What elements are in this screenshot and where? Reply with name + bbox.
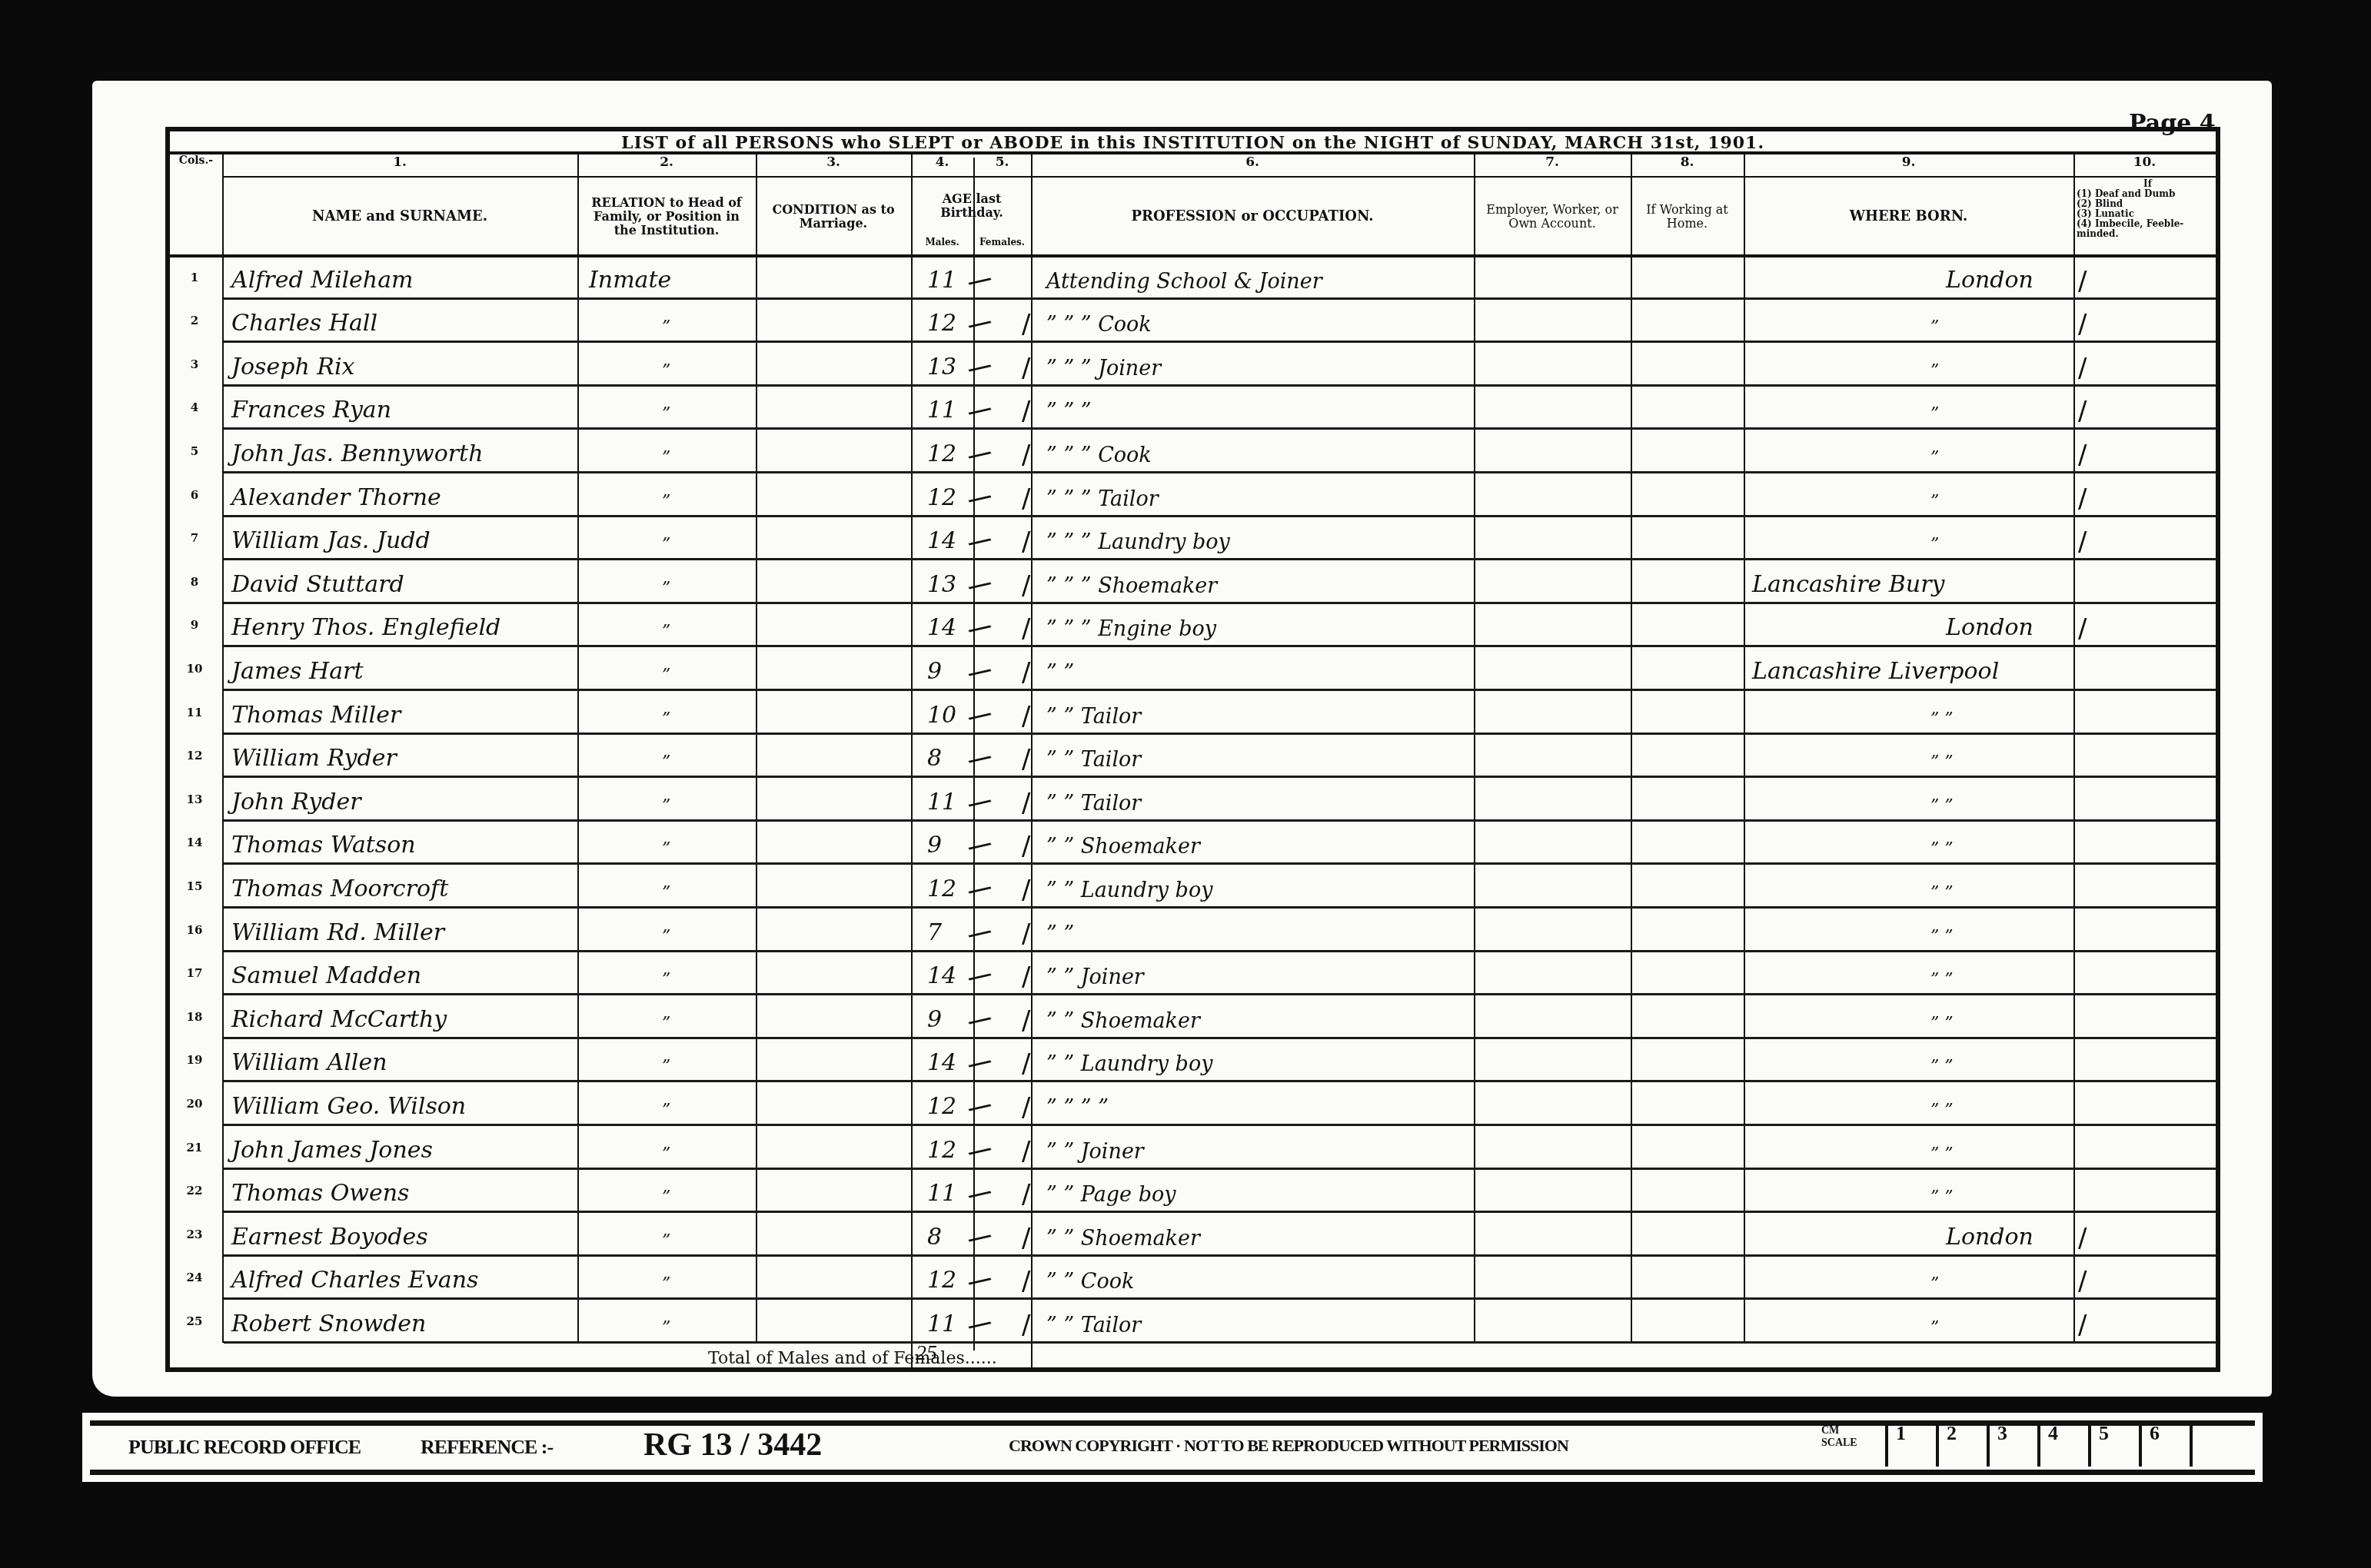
occupation-cell: ” ” Joiner <box>1046 965 1144 989</box>
relation-cell: ” <box>662 404 670 424</box>
occupation-cell: ” ” ” Laundry boy <box>1046 530 1230 554</box>
age-males-cell: 10 <box>927 702 956 729</box>
females-stroke-icon: / <box>965 270 996 293</box>
scale-box-end <box>2190 1422 2237 1467</box>
row-number: 25 <box>170 1314 219 1328</box>
age-males-cell: 12 <box>927 440 956 467</box>
col-number-9: 9. <box>1744 154 2073 176</box>
where-born-cell: ” ” <box>1930 1188 1954 1207</box>
table-row: 14Thomas Watson”9//” ” Shoemaker” ” <box>170 822 2216 865</box>
col-number-8: 8. <box>1631 154 1744 176</box>
age-males-cell: 12 <box>927 310 956 337</box>
person-name: Thomas Owens <box>231 1180 409 1207</box>
row-number: 7 <box>170 531 219 545</box>
scale-box: 4 <box>2037 1422 2085 1467</box>
person-name: Alfred Charles Evans <box>231 1267 478 1294</box>
occupation-cell: ” ” ” Cook <box>1046 443 1152 467</box>
person-name: John Ryder <box>231 789 361 816</box>
age-males-cell: 13 <box>927 354 956 380</box>
header-relation: RELATION to Head of Family, or Position … <box>581 179 752 254</box>
table-row: 4Frances Ryan”11//” ” ””/ <box>170 387 2216 430</box>
table-row: 12William Ryder”8//” ” Tailor” ” <box>170 735 2216 779</box>
relation-cell: ” <box>662 970 670 989</box>
schedule-mark-icon: / <box>1022 831 1030 862</box>
where-born-cell: ” <box>1930 404 1939 424</box>
schedule-mark-icon: / <box>1022 527 1030 557</box>
table-row: 6Alexander Thorne”12//” ” ” Tailor”/ <box>170 473 2216 517</box>
scale-label-scale: SCALE <box>1821 1437 1857 1450</box>
table-row: 17Samuel Madden”14//” ” Joiner” ” <box>170 952 2216 996</box>
person-name: Thomas Watson <box>231 832 416 859</box>
relation-cell: Inmate <box>589 267 671 294</box>
where-born-cell: ” ” <box>1930 1014 1954 1033</box>
females-stroke-icon: / <box>965 574 996 597</box>
person-name: William Allen <box>231 1049 387 1076</box>
row-rule <box>224 1341 2216 1344</box>
schedule-mark-icon: / <box>1022 353 1030 384</box>
age-males-cell: 8 <box>927 1224 942 1251</box>
person-name: John James Jones <box>231 1137 433 1164</box>
census-schedule-table: LIST of all PERSONS who SLEPT or ABODE i… <box>165 127 2220 1372</box>
age-males-cell: 13 <box>927 571 956 598</box>
where-born-cell: ” ” <box>1930 883 1954 902</box>
row-number: 18 <box>170 1010 219 1024</box>
relation-cell: ” <box>662 448 670 467</box>
row-number: 19 <box>170 1053 219 1067</box>
table-row: 16William Rd. Miller”7//” ”” ” <box>170 909 2216 952</box>
infirmity-check-icon: / <box>2078 309 2087 340</box>
person-name: Charles Hall <box>231 310 377 337</box>
person-name: Thomas Moorcroft <box>231 875 448 902</box>
age-males-cell: 9 <box>927 658 942 685</box>
age-males-cell: 7 <box>927 919 942 946</box>
females-stroke-icon: / <box>965 1052 996 1075</box>
females-stroke-icon: / <box>965 835 996 858</box>
infirmity-check-icon: / <box>2078 613 2087 644</box>
occupation-cell: ” ” ” Shoemaker <box>1046 574 1217 598</box>
infirmity-4: (4) Imbecile, Feeble-minded. <box>2077 219 2219 239</box>
scale-box: 6 <box>2139 1422 2186 1467</box>
schedule-mark-icon: / <box>1022 1136 1030 1167</box>
females-stroke-icon: / <box>965 313 996 336</box>
rule <box>222 176 2219 178</box>
row-number: 22 <box>170 1184 219 1198</box>
row-number: 16 <box>170 923 219 937</box>
occupation-cell: ” ” Laundry boy <box>1046 1052 1212 1076</box>
table-row: 20William Geo. Wilson”12//” ” ” ”” ” <box>170 1082 2216 1126</box>
person-name: Henry Thos. Englefield <box>231 614 500 641</box>
relation-cell: ” <box>662 317 670 337</box>
schedule-mark-icon: / <box>1022 1092 1030 1123</box>
person-name: Richard McCarthy <box>231 1006 447 1033</box>
relation-cell: ” <box>662 1188 670 1207</box>
person-name: James Hart <box>231 658 364 685</box>
row-number: 3 <box>170 357 219 371</box>
schedule-mark-icon: / <box>1022 1266 1030 1297</box>
total-males: 25 <box>916 1341 937 1366</box>
age-males-cell: 11 <box>927 1311 956 1337</box>
col-number-3: 3. <box>756 154 911 176</box>
schedule-mark-icon: / <box>1022 613 1030 644</box>
where-born-cell: ” <box>1930 1318 1939 1337</box>
age-males-cell: 14 <box>927 527 956 554</box>
infirmity-check-icon: / <box>2078 1266 2087 1297</box>
schedule-mark-icon: / <box>1022 788 1030 819</box>
females-stroke-icon: / <box>965 487 996 510</box>
person-name: Joseph Rix <box>231 354 354 380</box>
age-males-cell: 9 <box>927 832 942 859</box>
row-number: 12 <box>170 749 219 762</box>
where-born-cell: ” ” <box>1930 752 1954 772</box>
infirmity-check-icon: / <box>2078 527 2087 557</box>
relation-cell: ” <box>662 492 670 511</box>
row-number: 11 <box>170 706 219 719</box>
females-stroke-icon: / <box>965 357 996 380</box>
header-occupation: PROFESSION or OCCUPATION. <box>1031 179 1474 254</box>
relation-cell: ” <box>662 579 670 598</box>
schedule-title: LIST of all PERSONS who SLEPT or ABODE i… <box>170 131 2216 153</box>
age-males-cell: 12 <box>927 1093 956 1120</box>
infirmity-check-icon: / <box>2078 440 2087 470</box>
schedule-mark-icon: / <box>1022 744 1030 775</box>
females-stroke-icon: / <box>965 705 996 728</box>
person-name: Robert Snowden <box>231 1311 426 1337</box>
scale-label-cm: CM <box>1821 1425 1857 1437</box>
infirmity-check-icon: / <box>2078 1310 2087 1340</box>
table-row: 5John Jas. Bennyworth”12//” ” ” Cook”/ <box>170 430 2216 473</box>
females-stroke-icon: / <box>965 965 996 988</box>
scale-box: 1 <box>1885 1422 1933 1467</box>
table-row: 1Alfred MilehamInmate11/Attending School… <box>170 256 2216 300</box>
header-employer: Employer, Worker, or Own Account. <box>1485 179 1620 254</box>
person-name: William Ryder <box>231 745 397 772</box>
table-row: 2Charles Hall”12//” ” ” Cook”/ <box>170 300 2216 344</box>
header-age: AGE last Birthday. <box>914 179 1029 233</box>
infirmity-check-icon: / <box>2078 483 2087 514</box>
females-stroke-icon: / <box>965 661 996 684</box>
person-name: Earnest Boyodes <box>231 1224 428 1251</box>
occupation-cell: ” ” Cook <box>1046 1270 1134 1294</box>
age-males-cell: 12 <box>927 1267 956 1294</box>
occupation-cell: Attending School & Joiner <box>1046 270 1322 294</box>
schedule-mark-icon: / <box>1022 657 1030 688</box>
schedule-mark-icon: / <box>1022 1223 1030 1254</box>
where-born-cell: Lancashire Bury <box>1752 571 1944 598</box>
row-number: 15 <box>170 879 219 893</box>
females-stroke-icon: / <box>965 748 996 771</box>
where-born-cell: ” <box>1930 361 1939 380</box>
table-row: 8David Stuttard”13//” ” ” ShoemakerLanca… <box>170 560 2216 604</box>
relation-cell: ” <box>662 1274 670 1294</box>
schedule-mark-icon: / <box>1022 309 1030 340</box>
females-stroke-icon: / <box>965 400 996 423</box>
occupation-cell: ” ” ” Engine boy <box>1046 617 1216 641</box>
where-born-cell: ” <box>1930 535 1939 554</box>
col-number-4: 4. <box>911 154 973 176</box>
occupation-cell: ” ” Tailor <box>1046 748 1141 772</box>
females-stroke-icon: / <box>965 922 996 945</box>
females-stroke-icon: / <box>965 1140 996 1163</box>
row-number: 10 <box>170 662 219 676</box>
relation-cell: ” <box>662 1231 670 1251</box>
person-name: William Geo. Wilson <box>231 1093 466 1120</box>
relation-cell: ” <box>662 927 670 946</box>
females-stroke-icon: / <box>965 1314 996 1337</box>
person-name: Samuel Madden <box>231 962 421 989</box>
age-males-cell: 11 <box>927 397 956 424</box>
females-stroke-icon: / <box>965 1096 996 1119</box>
where-born-cell: ” <box>1930 317 1939 337</box>
where-born-cell: ” ” <box>1930 839 1954 859</box>
occupation-cell: ” ” <box>1046 922 1074 946</box>
person-name: Frances Ryan <box>231 397 391 424</box>
relation-cell: ” <box>662 839 670 859</box>
where-born-cell: ” ” <box>1930 1144 1954 1164</box>
where-born-cell: ” ” <box>1930 1057 1954 1076</box>
females-stroke-icon: / <box>965 443 996 467</box>
females-stroke-icon: / <box>965 1009 996 1032</box>
schedule-mark-icon: / <box>1022 440 1030 470</box>
relation-cell: ” <box>662 1318 670 1337</box>
females-stroke-icon: / <box>965 879 996 902</box>
age-males-cell: 12 <box>927 484 956 511</box>
table-row: 24Alfred Charles Evans”12//” ” Cook”/ <box>170 1257 2216 1301</box>
where-born-cell: ” <box>1930 448 1939 467</box>
infirmity-check-icon: / <box>2078 353 2087 384</box>
age-males-cell: 11 <box>927 1180 956 1207</box>
occupation-cell: ” ” <box>1046 661 1074 685</box>
relation-cell: ” <box>662 666 670 685</box>
cols-label: Cols.- <box>170 154 222 176</box>
where-born-cell: ” ” <box>1930 796 1954 816</box>
occupation-cell: ” ” Shoemaker <box>1046 1227 1200 1251</box>
header-where-born: WHERE BORN. <box>1744 179 2073 254</box>
person-name: Alfred Mileham <box>231 267 414 294</box>
occupation-cell: ” ” Joiner <box>1046 1140 1144 1164</box>
schedule-mark-icon: / <box>1022 1048 1030 1079</box>
row-number: 14 <box>170 835 219 849</box>
header-working-home: If Working at Home. <box>1634 179 1740 254</box>
archive-footer: PUBLIC RECORD OFFICE REFERENCE :- RG 13 … <box>82 1413 2263 1482</box>
person-name: David Stuttard <box>231 571 404 598</box>
where-born-cell: ” ” <box>1930 1101 1954 1120</box>
schedule-mark-icon: / <box>1022 1179 1030 1210</box>
where-born-cell: London <box>1946 614 2033 641</box>
relation-cell: ” <box>662 1101 670 1120</box>
age-males-cell: 14 <box>927 962 956 989</box>
where-born-cell: ” <box>1930 492 1939 511</box>
footer-reference: RG 13 / 3442 <box>643 1427 822 1463</box>
footer-reference-label: REFERENCE :- <box>421 1436 553 1459</box>
occupation-cell: ” ” Shoemaker <box>1046 1009 1200 1033</box>
relation-cell: ” <box>662 535 670 554</box>
table-row: 13John Ryder”11//” ” Tailor” ” <box>170 778 2216 822</box>
schedule-mark-icon: / <box>1022 1310 1030 1340</box>
schedule-mark-icon: / <box>1022 1005 1030 1036</box>
footer-office: PUBLIC RECORD OFFICE <box>128 1436 361 1459</box>
table-row: 3Joseph Rix”13//” ” ” Joiner”/ <box>170 343 2216 387</box>
footer-copyright: CROWN COPYRIGHT · NOT TO BE REPRODUCED W… <box>1009 1436 1568 1456</box>
header-infirmity: If (1) Deaf and Dumb (2) Blind (3) Lunat… <box>2077 179 2219 239</box>
relation-cell: ” <box>662 1057 670 1076</box>
occupation-cell: ” ” Shoemaker <box>1046 835 1200 859</box>
relation-cell: ” <box>662 883 670 902</box>
where-born-cell: ” ” <box>1930 927 1954 946</box>
where-born-cell: ” ” <box>1930 970 1954 989</box>
occupation-cell: ” ” Tailor <box>1046 792 1141 816</box>
infirmity-check-icon: / <box>2078 266 2087 297</box>
row-number: 13 <box>170 792 219 806</box>
person-name: John Jas. Bennyworth <box>231 440 484 467</box>
schedule-mark-icon: / <box>1022 701 1030 732</box>
age-males-cell: 11 <box>927 789 956 816</box>
occupation-cell: ” ” Page boy <box>1046 1183 1176 1207</box>
relation-cell: ” <box>662 796 670 816</box>
age-males-cell: 14 <box>927 1049 956 1076</box>
schedule-mark-icon: / <box>1022 919 1030 949</box>
person-name: William Rd. Miller <box>231 919 444 946</box>
relation-cell: ” <box>662 1144 670 1164</box>
row-number: 24 <box>170 1271 219 1284</box>
col-number-5: 5. <box>973 154 1031 176</box>
females-stroke-icon: / <box>965 792 996 815</box>
header-name: NAME and SURNAME. <box>222 179 577 254</box>
table-row: 10James Hart”9//” ”Lancashire Liverpool <box>170 647 2216 691</box>
females-stroke-icon: / <box>965 1227 996 1250</box>
females-stroke-icon: / <box>965 1270 996 1293</box>
scale-box: 2 <box>1936 1422 1984 1467</box>
occupation-cell: ” ” ” Tailor <box>1046 487 1159 511</box>
age-males-cell: 8 <box>927 745 942 772</box>
rule <box>90 1470 2255 1475</box>
schedule-mark-icon: / <box>1022 962 1030 992</box>
col-number-2: 2. <box>577 154 756 176</box>
cm-scale-label: CM SCALE <box>1821 1425 1857 1450</box>
occupation-cell: ” ” Tailor <box>1046 1314 1141 1337</box>
occupation-cell: ” ” ” Cook <box>1046 313 1152 337</box>
row-number: 6 <box>170 488 219 502</box>
females-stroke-icon: / <box>965 530 996 553</box>
row-number: 20 <box>170 1097 219 1111</box>
header-condition: CONDITION as to Marriage. <box>762 179 905 254</box>
person-name: William Jas. Judd <box>231 527 431 554</box>
row-number: 8 <box>170 575 219 589</box>
col-number-6: 6. <box>1031 154 1474 176</box>
table-row: 21John James Jones”12//” ” Joiner” ” <box>170 1126 2216 1170</box>
person-name: Thomas Miller <box>231 702 401 729</box>
relation-cell: ” <box>662 622 670 641</box>
where-born-cell: ” ” <box>1930 709 1954 729</box>
where-born-cell: ” <box>1930 1274 1939 1294</box>
schedule-mark-icon: / <box>1022 875 1030 905</box>
person-name: Alexander Thorne <box>231 484 441 511</box>
schedule-mark-icon: / <box>1022 570 1030 601</box>
col-number-7: 7. <box>1474 154 1631 176</box>
where-born-cell: London <box>1946 267 2033 294</box>
females-stroke-icon: / <box>965 1183 996 1206</box>
row-number: 4 <box>170 400 219 414</box>
age-males-cell: 12 <box>927 1137 956 1164</box>
infirmity-check-icon: / <box>2078 396 2087 427</box>
header-age-females: Females. <box>973 237 1031 255</box>
row-number: 23 <box>170 1227 219 1241</box>
total-label: Total of Males and of Females...... <box>708 1349 997 1368</box>
infirmity-check-icon: / <box>2078 1223 2087 1254</box>
scale-box: 3 <box>1987 1422 2034 1467</box>
row-number: 5 <box>170 444 219 458</box>
where-born-cell: London <box>1946 1224 2033 1251</box>
occupation-cell: ” ” ” ” <box>1046 1096 1109 1120</box>
table-row: 11Thomas Miller”10//” ” Tailor” ” <box>170 691 2216 735</box>
table-row: 15Thomas Moorcroft”12//” ” Laundry boy” … <box>170 865 2216 909</box>
relation-cell: ” <box>662 1014 670 1033</box>
schedule-mark-icon: / <box>1022 396 1030 427</box>
age-males-cell: 11 <box>927 267 956 294</box>
col-number-1: 1. <box>222 154 577 176</box>
scale-box: 5 <box>2088 1422 2136 1467</box>
age-males-cell: 14 <box>927 614 956 641</box>
age-males-cell: 9 <box>927 1006 942 1033</box>
table-row: 19William Allen”14//” ” Laundry boy” ” <box>170 1039 2216 1083</box>
row-number: 1 <box>170 271 219 284</box>
relation-cell: ” <box>662 361 670 380</box>
occupation-cell: ” ” Tailor <box>1046 705 1141 729</box>
row-number: 21 <box>170 1141 219 1154</box>
relation-cell: ” <box>662 709 670 729</box>
occupation-cell: ” ” Laundry boy <box>1046 879 1212 902</box>
header-age-males: Males. <box>911 237 973 255</box>
age-males-cell: 12 <box>927 875 956 902</box>
table-row: 23Earnest Boyodes”8//” ” ShoemakerLondon… <box>170 1213 2216 1257</box>
table-row: 22Thomas Owens”11//” ” Page boy” ” <box>170 1170 2216 1214</box>
where-born-cell: Lancashire Liverpool <box>1752 658 1999 685</box>
occupation-cell: ” ” ” <box>1046 400 1092 424</box>
schedule-mark-icon: / <box>1022 483 1030 514</box>
females-stroke-icon: / <box>965 617 996 640</box>
occupation-cell: ” ” ” Joiner <box>1046 357 1161 380</box>
row-number: 2 <box>170 314 219 327</box>
table-row: 9Henry Thos. Englefield”14//” ” ” Engine… <box>170 604 2216 648</box>
relation-cell: ” <box>662 752 670 772</box>
row-number: 17 <box>170 966 219 980</box>
col-number-10: 10. <box>2073 154 2216 176</box>
table-row: 7William Jas. Judd”14//” ” ” Laundry boy… <box>170 517 2216 561</box>
table-row: 18Richard McCarthy”9//” ” Shoemaker” ” <box>170 995 2216 1039</box>
row-number: 9 <box>170 618 219 632</box>
table-row: 25Robert Snowden”11//” ” Tailor”/ <box>170 1300 2216 1344</box>
